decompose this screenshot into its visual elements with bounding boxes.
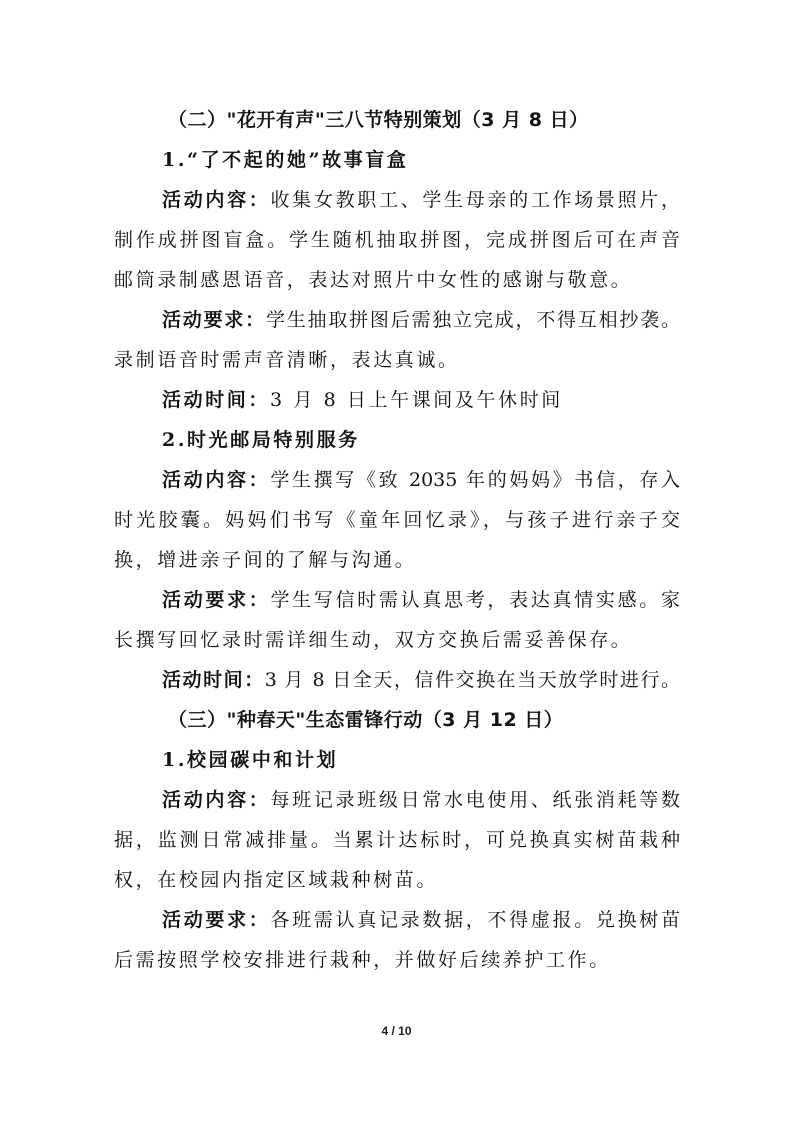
paragraph-line: 据，监测日常减排量。当累计达标时，可兑换真实树苗栽种 bbox=[114, 820, 680, 860]
paragraph-line: 录制语音时需声音清晰，表达真诚。 bbox=[114, 340, 680, 380]
page-number: 4 / 10 bbox=[0, 1024, 793, 1038]
item-title: 1.校园碳中和计划 bbox=[114, 740, 680, 780]
paragraph-line: 活动内容：收集女教职工、学生母亲的工作场景照片， bbox=[114, 180, 680, 220]
requirement-label: 活动要求： bbox=[162, 589, 270, 611]
paragraph-line: 活动内容：每班记录班级日常水电使用、纸张消耗等数 bbox=[114, 780, 680, 820]
paragraph-line: 权，在校园内指定区域栽种树苗。 bbox=[114, 860, 680, 900]
paragraph-line: 活动内容：学生撰写《致 2035 年的妈妈》书信，存入 bbox=[114, 460, 680, 500]
item-title: 1.“了不起的她”故事盲盒 bbox=[114, 140, 680, 180]
section-heading-2: （二）"花开有声"三八节特别策划（3 月 8 日） bbox=[114, 100, 680, 140]
paragraph-line: 活动要求：学生抽取拼图后需独立完成，不得互相抄袭。 bbox=[114, 300, 680, 340]
content-label: 活动内容： bbox=[162, 189, 270, 211]
document-page: （二）"花开有声"三八节特别策划（3 月 8 日） 1.“了不起的她”故事盲盒 … bbox=[114, 100, 680, 980]
item-title: 2.时光邮局特别服务 bbox=[114, 420, 680, 460]
time-label: 活动时间： bbox=[162, 389, 270, 411]
paragraph-line: 活动时间：3 月 8 日全天，信件交换在当天放学时进行。 bbox=[114, 660, 680, 700]
paragraph-line: 制作成拼图盲盒。学生随机抽取拼图，完成拼图后可在声音 bbox=[114, 220, 680, 260]
paragraph-line: 活动要求：学生写信时需认真思考，表达真情实感。家 bbox=[114, 580, 680, 620]
paragraph-line: 活动时间：3 月 8 日上午课间及午休时间 bbox=[114, 380, 680, 420]
requirement-label: 活动要求： bbox=[162, 909, 270, 931]
paragraph-line: 时光胶囊。妈妈们书写《童年回忆录》，与孩子进行亲子交 bbox=[114, 500, 680, 540]
paragraph-line: 活动要求：各班需认真记录数据，不得虚报。兑换树苗 bbox=[114, 900, 680, 940]
requirement-label: 活动要求： bbox=[162, 309, 266, 331]
time-label: 活动时间： bbox=[162, 669, 265, 691]
paragraph-line: 长撰写回忆录时需详细生动，双方交换后需妥善保存。 bbox=[114, 620, 680, 660]
paragraph-line: 换，增进亲子间的了解与沟通。 bbox=[114, 540, 680, 580]
paragraph-line: 邮筒录制感恩语音，表达对照片中女性的感谢与敬意。 bbox=[114, 260, 680, 300]
paragraph-line: 后需按照学校安排进行栽种，并做好后续养护工作。 bbox=[114, 940, 680, 980]
content-label: 活动内容： bbox=[162, 469, 270, 491]
section-heading-3: （三）"种春天"生态雷锋行动（3 月 12 日） bbox=[114, 700, 680, 740]
content-label: 活动内容： bbox=[162, 789, 270, 811]
